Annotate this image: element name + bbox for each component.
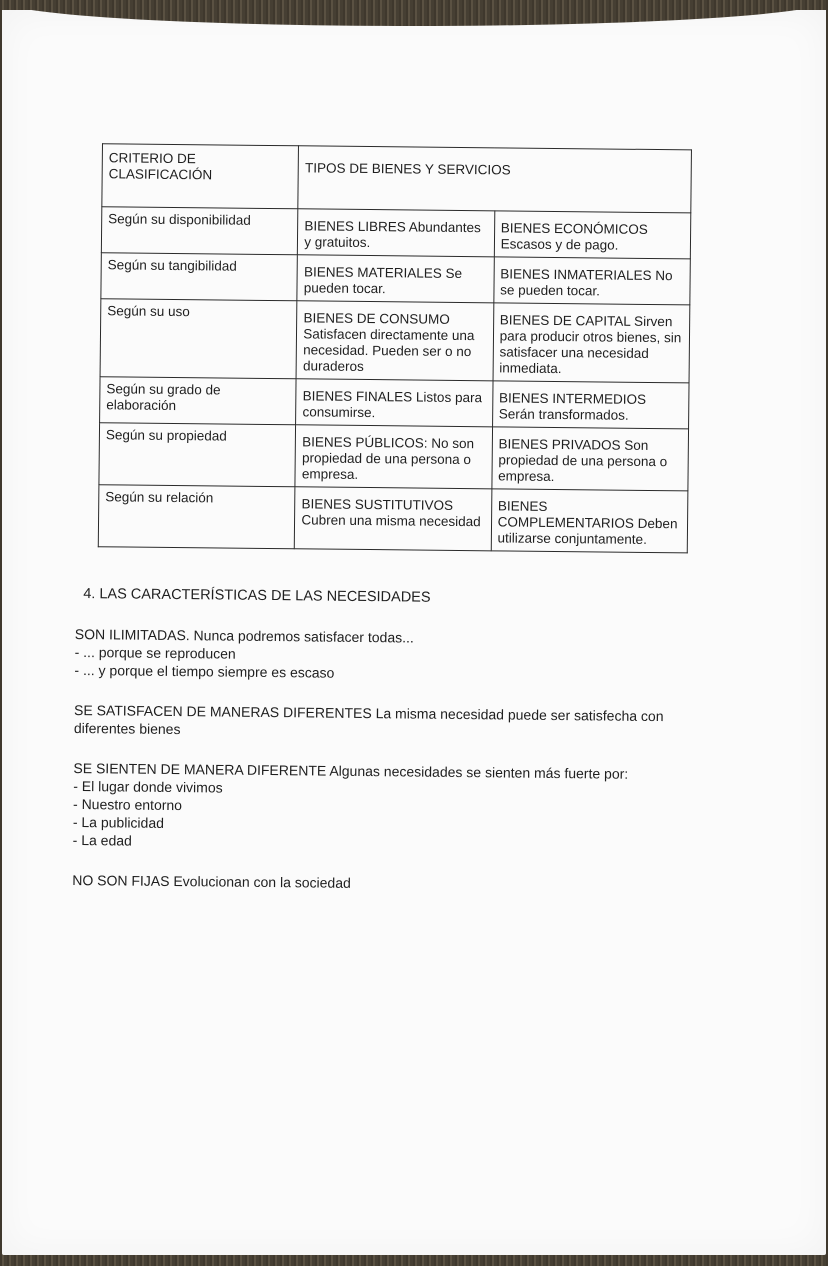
row-type-a: BIENES MATERIALES Se pueden tocar. <box>297 255 494 303</box>
row-criterion: Según su relación <box>98 485 295 549</box>
characteristic-block: NO SON FIJAS Evolucionan con la sociedad <box>72 871 682 895</box>
table-row: Según su relación BIENES SUSTITUTIVOS Cu… <box>98 485 688 553</box>
header-criterion: CRITERIO DE CLASIFICACIÓN <box>102 144 299 209</box>
header-types: TIPOS DE BIENES Y SERVICIOS <box>298 146 691 213</box>
table-row: Según su propiedad BIENES PÚBLICOS: No s… <box>99 423 689 491</box>
table-row: Según su grado de elaboración BIENES FIN… <box>100 377 689 429</box>
row-type-b: BIENES INTERMEDIOS Serán transformados. <box>492 381 689 429</box>
row-criterion: Según su grado de elaboración <box>100 377 297 425</box>
goods-classification-table: CRITERIO DE CLASIFICACIÓN TIPOS DE BIENE… <box>98 143 692 553</box>
row-type-b: BIENES COMPLEMENTARIOS Deben utilizarse … <box>491 489 688 553</box>
section-title: 4. LAS CARACTERÍSTICAS DE LAS NECESIDADE… <box>83 585 685 609</box>
row-type-b: BIENES INMATERIALES No se pueden tocar. <box>494 257 691 305</box>
row-type-a: BIENES PÚBLICOS: No son propiedad de una… <box>295 425 492 489</box>
row-type-a: BIENES FINALES Listos para consumirse. <box>296 379 493 427</box>
row-type-b: BIENES DE CAPITAL Sirven para producir o… <box>493 303 690 383</box>
row-type-b: BIENES ECONÓMICOS Escasos y de pago. <box>494 211 691 259</box>
row-type-a: BIENES DE CONSUMO Satisfacen directament… <box>296 301 493 381</box>
row-criterion: Según su tangibilidad <box>101 253 298 301</box>
row-type-a: BIENES SUSTITUTIVOS Cubren una misma nec… <box>295 487 492 551</box>
needs-characteristics-section: 4. LAS CARACTERÍSTICAS DE LAS NECESIDADE… <box>72 585 685 895</box>
row-type-a: BIENES LIBRES Abundantes y gratuitos. <box>298 209 495 257</box>
document-content: CRITERIO DE CLASIFICACIÓN TIPOS DE BIENE… <box>72 143 690 917</box>
table-row: Según su uso BIENES DE CONSUMO Satisface… <box>100 299 690 383</box>
characteristic-lead: NO SON FIJAS Evolucionan con la sociedad <box>72 871 682 895</box>
characteristic-block: SE SATISFACEN DE MANERAS DIFERENTES La m… <box>74 701 684 743</box>
characteristic-block: SON ILIMITADAS. Nunca podremos satisface… <box>74 625 685 685</box>
table-header-row: CRITERIO DE CLASIFICACIÓN TIPOS DE BIENE… <box>102 144 692 213</box>
characteristic-lead: SE SATISFACEN DE MANERAS DIFERENTES La m… <box>74 701 684 743</box>
characteristic-block: SE SIENTEN DE MANERA DIFERENTE Algunas n… <box>73 759 684 855</box>
row-criterion: Según su uso <box>100 299 297 379</box>
row-criterion: Según su propiedad <box>99 423 296 487</box>
table-row: Según su tangibilidad BIENES MATERIALES … <box>101 253 690 305</box>
row-type-b: BIENES PRIVADOS Son propiedad de una per… <box>492 427 689 491</box>
row-criterion: Según su disponibilidad <box>101 207 298 255</box>
table-row: Según su disponibilidad BIENES LIBRES Ab… <box>101 207 690 259</box>
